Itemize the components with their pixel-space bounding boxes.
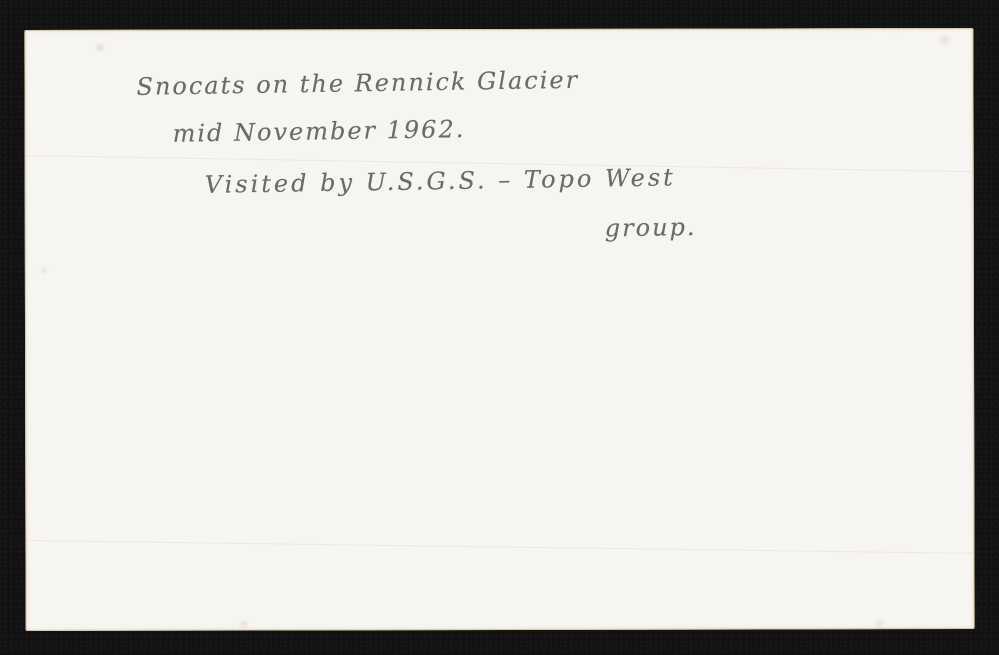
handwritten-caption-line-1: Snocats on the Rennick Glacier — [136, 66, 579, 101]
handwritten-visitors-line-2: group. — [605, 213, 697, 242]
handwritten-date-line: mid November 1962. — [172, 115, 465, 148]
photo-back-card: Snocats on the Rennick Glacier mid Novem… — [24, 28, 974, 631]
handwritten-visitors-line: Visited by U.S.G.S. – Topo West — [204, 163, 676, 199]
paper-crease — [25, 540, 974, 554]
